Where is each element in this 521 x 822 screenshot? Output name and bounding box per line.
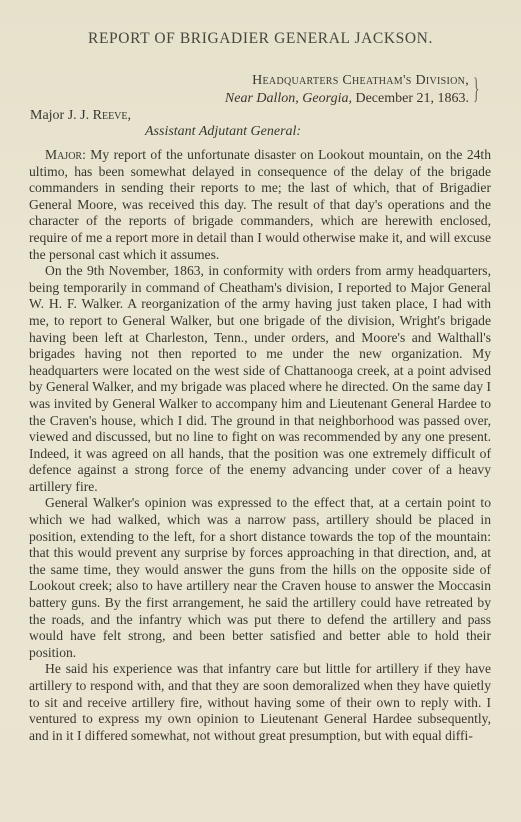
report-body: Major: My report of the unfortunate disa… xyxy=(29,147,491,744)
paragraph: General Walker's opinion was expressed t… xyxy=(29,495,491,661)
brace-glyph-icon: } xyxy=(473,74,479,104)
dateline: Headquarters Cheatham's Division, Near D… xyxy=(225,72,469,108)
report-title: REPORT OF BRIGADIER GENERAL JACKSON. xyxy=(0,30,521,48)
addressee-title: Assistant Adjutant General: xyxy=(145,124,301,140)
paragraph: He said his experience was that infantry… xyxy=(29,661,491,744)
date: December 21, 1863. xyxy=(355,91,469,106)
headquarters-line: Headquarters Cheatham's Division, xyxy=(225,72,469,90)
paragraph: On the 9th November, 1863, in conformity… xyxy=(29,263,491,495)
addressee-name: Reeve, xyxy=(93,108,131,123)
location: Near Dallon, Georgia, xyxy=(225,91,352,106)
salutation: Major xyxy=(45,147,82,162)
addressee: Major J. J. Reeve, xyxy=(30,108,131,124)
location-date-line: Near Dallon, Georgia, December 21, 1863. xyxy=(225,90,469,108)
paragraph: Major: My report of the unfortunate disa… xyxy=(29,147,491,263)
document-page: REPORT OF BRIGADIER GENERAL JACKSON. Hea… xyxy=(0,0,521,822)
addressee-rank: Major J. J. xyxy=(30,108,89,123)
